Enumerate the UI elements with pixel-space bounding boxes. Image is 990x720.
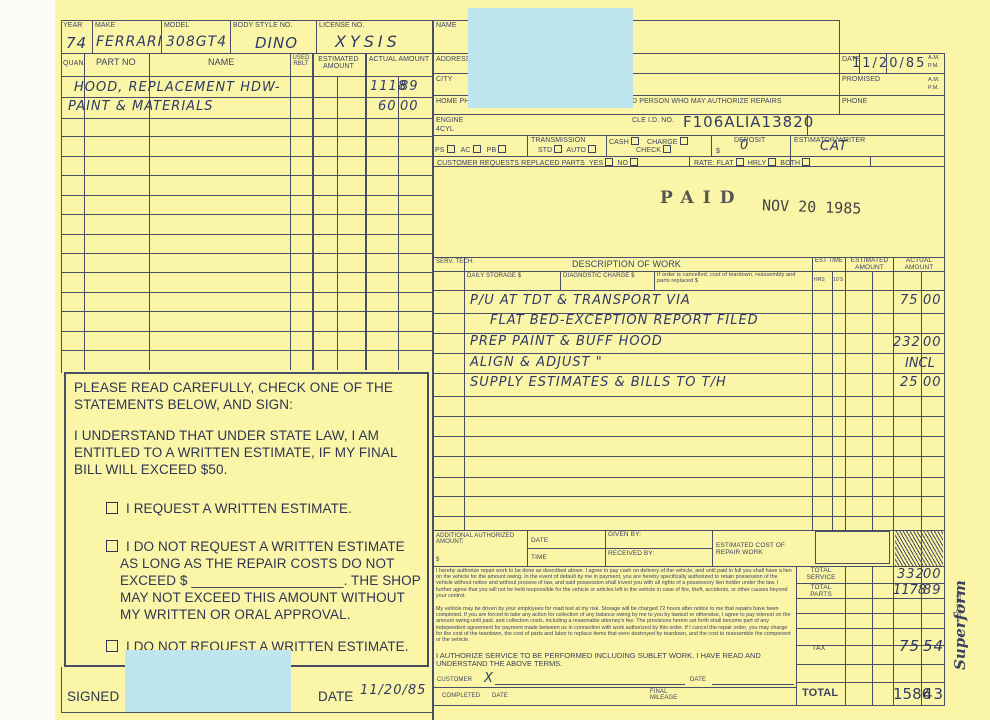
additional-dollar: $: [436, 557, 439, 563]
power-options: PS AC PB: [435, 145, 508, 154]
part-row-2-actual[interactable]: 60: [378, 99, 397, 114]
received-by-label: RECEIVED BY:: [608, 551, 654, 558]
deposit-dollar: $: [716, 148, 720, 155]
total-label: TOTAL: [802, 688, 838, 700]
total-service-cents: 00: [923, 567, 942, 582]
model-value[interactable]: 308GT4: [166, 34, 227, 50]
total-service-value: 332: [897, 567, 925, 582]
rate-hrly-checkbox[interactable]: [768, 158, 776, 166]
work-row-3-desc[interactable]: PREP PAINT & BUFF HOOD: [470, 334, 663, 349]
completed-label: COMPLETED: [442, 693, 480, 699]
no-estimate-limit-checkbox[interactable]: [106, 540, 118, 552]
estimator-value[interactable]: CAT: [820, 139, 848, 154]
year-label: YEAR: [63, 22, 82, 29]
ac-checkbox[interactable]: [473, 145, 481, 153]
option-2-line-5: MY WRITTEN OR ORAL APPROVAL.: [120, 606, 351, 623]
license-value[interactable]: XYSIS: [335, 32, 401, 51]
name-label: NAME: [436, 22, 457, 29]
body-style-label: BODY STYLE NO.: [233, 22, 293, 29]
year-value[interactable]: 74: [66, 34, 87, 52]
actual-amount-header: ACTUAL AMOUNT: [366, 56, 432, 63]
total-parts-label: TOTAL PARTS: [800, 585, 842, 599]
am-label: A.M.: [928, 56, 940, 62]
est-time-header: EST TIME: [814, 258, 844, 264]
auth-date-label: DATE: [531, 538, 548, 545]
notice-law: I UNDERSTAND THAT UNDER STATE LAW, I AM …: [74, 427, 424, 478]
promised-pm-label: P.M.: [928, 86, 939, 92]
redacted-signature: [125, 650, 291, 712]
charge-checkbox[interactable]: [680, 137, 688, 145]
work-row-3-actual[interactable]: 232: [893, 335, 921, 350]
customer-label: CUSTOMER: [437, 677, 472, 683]
used-rblt-header: USED RBLT: [290, 55, 312, 68]
request-estimate-checkbox[interactable]: [106, 502, 118, 514]
auto-checkbox[interactable]: [588, 145, 596, 153]
sign-date-value[interactable]: 11/20/85: [360, 683, 426, 698]
engine-label: ENGINE: [436, 117, 463, 124]
option-2-line-4: MAY NOT EXCEED THIS AMOUNT WITHOUT: [120, 589, 405, 606]
promised-am-label: A.M.: [928, 78, 940, 84]
work-row-5-cents[interactable]: 00: [923, 375, 942, 390]
work-row-4-actual[interactable]: INCL: [905, 356, 935, 371]
customer-date-label: DATE: [690, 677, 706, 683]
license-label: LICENSE NO.: [319, 22, 364, 29]
part-row-1-actual-cents[interactable]: 89: [400, 79, 419, 94]
work-estimated-header: ESTIMATED AMOUNT: [846, 258, 893, 272]
additional-amount-label: ADDITIONAL AUTHORIZED AMOUNT:: [436, 533, 524, 546]
work-row-1-desc[interactable]: P/U AT TDT & TRANSPORT VIA: [470, 293, 691, 308]
work-row-5-desc[interactable]: SUPPLY ESTIMATES & BILLS TO T/H: [470, 375, 727, 390]
part-row-1-name[interactable]: HOOD, REPLACEMENT HDW-: [74, 80, 281, 95]
paid-stamp-date: NOV 20 1985: [762, 196, 862, 217]
pm-label: P.M.: [928, 64, 939, 70]
final-mileage-label: FINAL MILEAGE: [650, 689, 690, 702]
std-checkbox[interactable]: [554, 145, 562, 153]
work-row-1-cents[interactable]: 00: [923, 293, 942, 308]
cancelled-label: If order is cancelled, cost of teardown,…: [657, 273, 807, 285]
work-row-1-actual[interactable]: 75: [900, 293, 919, 308]
model-label: MODEL: [164, 22, 189, 29]
address-label: ADDRESS: [436, 56, 471, 63]
replaced-yes-checkbox[interactable]: [605, 158, 613, 166]
work-row-4-desc[interactable]: ALIGN & ADJUST ": [470, 355, 603, 370]
redacted-customer-info: [468, 8, 633, 108]
form-code: GR-8113: [957, 594, 963, 618]
quan-header: QUAN: [63, 60, 84, 67]
daily-storage-label: DAILY STORAGE $: [467, 273, 557, 279]
check-checkbox[interactable]: [663, 145, 671, 153]
transmission-options: STD AUTO: [538, 145, 598, 154]
total-parts-cents: 89: [923, 583, 942, 598]
replaced-parts-options: CUSTOMER REQUESTS REPLACED PARTS YES NO: [437, 158, 640, 167]
total-service-label: TOTAL SERVICE: [800, 568, 842, 582]
deposit-value[interactable]: 0: [740, 138, 749, 153]
work-row-5-actual[interactable]: 25: [900, 375, 919, 390]
paid-stamp: PAID: [660, 188, 743, 208]
pb-checkbox[interactable]: [498, 145, 506, 153]
make-value[interactable]: FERRARI: [96, 34, 163, 50]
tenths-label: 10's: [833, 278, 843, 283]
option-no-estimate-limit[interactable]: I DO NOT REQUEST A WRITTEN ESTIMATE: [106, 538, 405, 555]
work-row-2-desc[interactable]: FLAT BED-EXCEPTION REPORT FILED: [490, 313, 759, 328]
phone-label: PHONE: [842, 98, 867, 105]
rate-both-checkbox[interactable]: [802, 158, 810, 166]
completed-date-label: DATE: [492, 693, 508, 699]
name-header: NAME: [208, 58, 234, 67]
vin-value[interactable]: F106ALIA13820: [683, 113, 814, 131]
estimated-amount-header: ESTIMATED AMOUNT: [316, 56, 361, 71]
total-cents: 43: [923, 685, 944, 703]
part-no-header: PART NO: [96, 58, 136, 67]
date-value[interactable]: 11/20/85: [852, 56, 926, 71]
tax-cents: 54: [923, 637, 944, 655]
work-row-3-cents[interactable]: 00: [923, 335, 942, 350]
part-row-2-name[interactable]: PAINT & MATERIALS: [68, 99, 214, 114]
tax-label: TAX: [812, 645, 825, 652]
sign-date-label: DATE: [318, 688, 353, 705]
rate-options: RATE: FLAT HRLY BOTH: [694, 158, 812, 167]
hrs-label: HRS: [814, 278, 825, 283]
notice-heading: PLEASE READ CAREFULLY, CHECK ONE OF THE …: [74, 379, 424, 413]
replaced-no-checkbox[interactable]: [630, 158, 638, 166]
make-label: MAKE: [95, 22, 115, 29]
home-phone-label: HOME PH: [436, 98, 469, 105]
legal-paragraph-2: My vehicle may be driven by your employe…: [436, 606, 794, 643]
description-header: DESCRIPTION OF WORK: [572, 260, 681, 269]
option-1-label: I REQUEST A WRITTEN ESTIMATE.: [126, 501, 352, 516]
tax-value: 75: [899, 637, 920, 655]
vin-label: CLE I.D. NO.: [632, 117, 674, 124]
legal-paragraph-1: I hereby authorize repair work to be don…: [436, 568, 794, 599]
promised-label: PROMISED: [842, 76, 880, 83]
work-actual-header: ACTUAL AMOUNT: [894, 258, 944, 272]
part-row-2-actual-cents[interactable]: 00: [400, 99, 419, 114]
no-estimate-checkbox[interactable]: [106, 640, 118, 652]
hatched-area: [895, 531, 943, 566]
estimated-cost-box[interactable]: [815, 531, 890, 564]
cash-checkbox[interactable]: [631, 137, 639, 145]
body-style-value[interactable]: DINO: [255, 34, 298, 52]
rate-flat-checkbox[interactable]: [736, 158, 744, 166]
auth-time-label: TIME: [531, 555, 547, 562]
transmission-label: TRANSMISSION: [531, 137, 585, 144]
signed-label: SIGNED: [67, 688, 119, 705]
option-2-line-2: AS LONG AS THE REPAIR COSTS DO NOT: [120, 555, 394, 572]
deposit-label: DEPOSIT: [734, 137, 765, 144]
given-by-label: GIVEN BY:: [608, 532, 641, 539]
diagnostic-label: DIAGNOSTIC CHARGE $: [563, 273, 653, 279]
check-option: CHECK: [636, 145, 673, 154]
city-label: CITY: [436, 76, 452, 83]
serv-tech-header: SERV. TECH.: [436, 259, 474, 265]
authorize-person-label: D PERSON WHO MAY AUTHORIZE REPAIRS: [632, 98, 782, 105]
ps-checkbox[interactable]: [447, 145, 455, 153]
authorize-statement: I AUTHORIZE SERVICE TO BE PERFORMED INCL…: [436, 652, 796, 668]
option-request-estimate[interactable]: I REQUEST A WRITTEN ESTIMATE.: [106, 500, 352, 517]
option-2-line-3: EXCEED $ ____________________. THE SHOP: [120, 572, 421, 589]
customer-mark[interactable]: X: [484, 671, 494, 686]
engine-value: 4CYL: [436, 126, 454, 133]
estimated-cost-label: ESTIMATED COST OF REPAIR WORK: [716, 543, 811, 557]
option-2-line-1: I DO NOT REQUEST A WRITTEN ESTIMATE: [126, 539, 405, 554]
total-parts-value: 1178: [893, 583, 926, 598]
